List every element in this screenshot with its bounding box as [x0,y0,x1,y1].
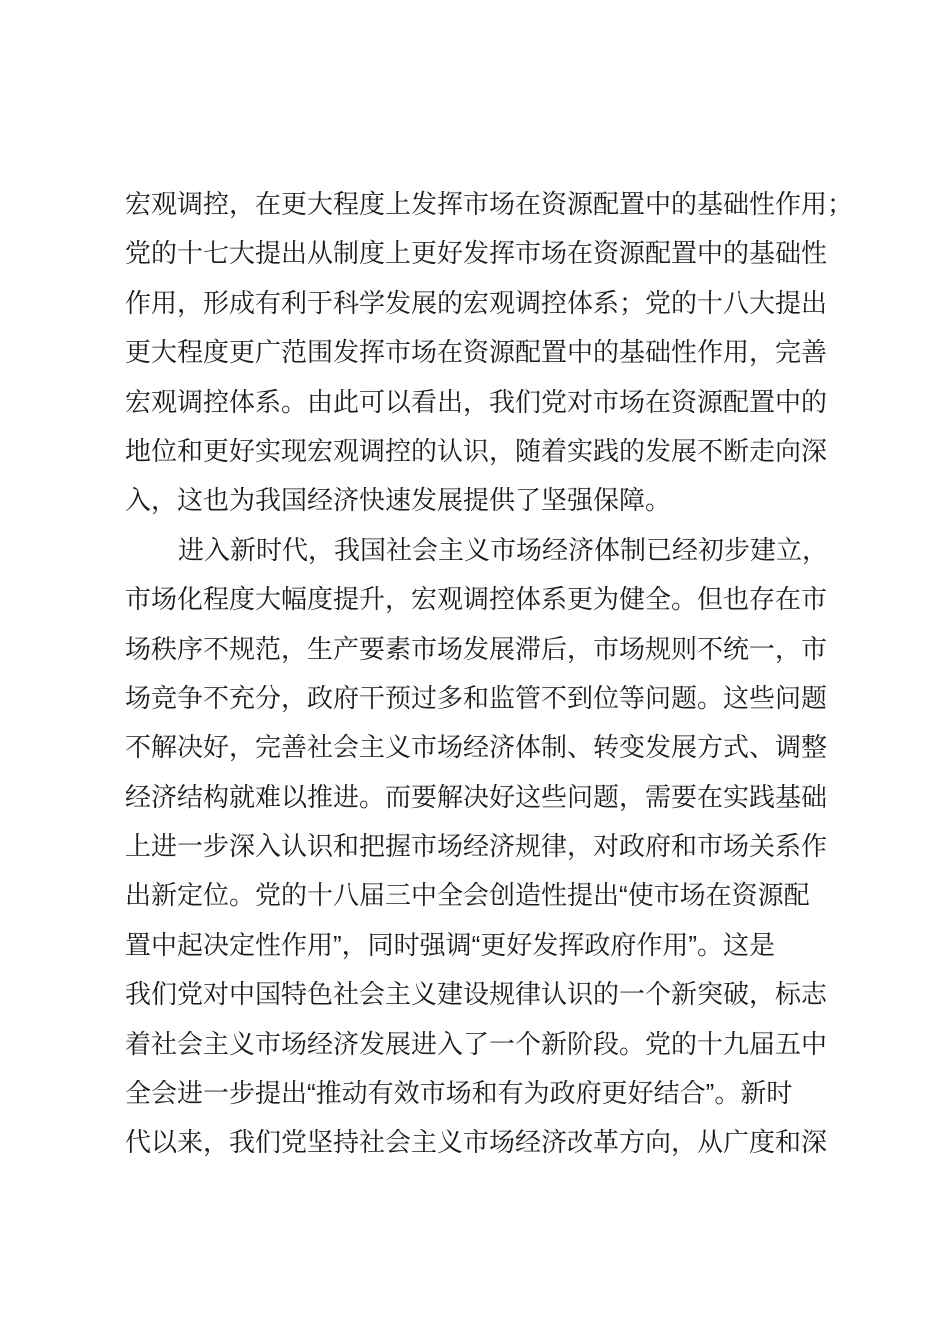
text-line: 地位和更好实现宏观调控的认识，随着实践的发展不断走向深 [125,427,831,476]
text-line: 代以来，我们党坚持社会主义市场经济改革方向，从广度和深 [125,1118,831,1167]
text-line: 市场化程度大幅度提升，宏观调控体系更为健全。但也存在市 [125,575,831,624]
text-line: 宏观调控体系。由此可以看出，我们党对市场在资源配置中的 [125,378,831,427]
text-line: 全会进一步提出“推动有效市场和有为政府更好结合”。新时 [125,1069,831,1118]
text-line: 我们党对中国特色社会主义建设规律认识的一个新突破，标志 [125,970,831,1019]
text-line: 经济结构就难以推进。而要解决好这些问题，需要在实践基础 [125,773,831,822]
text-line: 进入新时代，我国社会主义市场经济体制已经初步建立， [125,526,831,575]
text-line: 场竞争不充分，政府干预过多和监管不到位等问题。这些问题 [125,674,831,723]
document-page: 宏观调控，在更大程度上发挥市场在资源配置中的基础性作用；党的十七大提出从制度上更… [0,0,950,1344]
text-line: 党的十七大提出从制度上更好发挥市场在资源配置中的基础性 [125,229,831,278]
text-line: 出新定位。党的十八届三中全会创造性提出“使市场在资源配 [125,871,831,920]
text-line: 着社会主义市场经济发展进入了一个新阶段。党的十九届五中 [125,1020,831,1069]
text-line: 不解决好，完善社会主义市场经济体制、转变发展方式、调整 [125,723,831,772]
text-line: 作用，形成有利于科学发展的宏观调控体系；党的十八大提出 [125,279,831,328]
paragraph: 进入新时代，我国社会主义市场经济体制已经初步建立，市场化程度大幅度提升，宏观调控… [125,526,831,1168]
text-line: 入，这也为我国经济快速发展提供了坚强保障。 [125,476,831,525]
text-line: 场秩序不规范，生产要素市场发展滞后，市场规则不统一，市 [125,625,831,674]
document-text: 宏观调控，在更大程度上发挥市场在资源配置中的基础性作用；党的十七大提出从制度上更… [125,180,831,1168]
text-line: 上进一步深入认识和把握市场经济规律，对政府和市场关系作 [125,822,831,871]
paragraph: 宏观调控，在更大程度上发挥市场在资源配置中的基础性作用；党的十七大提出从制度上更… [125,180,831,526]
text-line: 更大程度更广范围发挥市场在资源配置中的基础性作用，完善 [125,328,831,377]
text-line: 宏观调控，在更大程度上发挥市场在资源配置中的基础性作用； [125,180,831,229]
text-line: 置中起决定性作用”，同时强调“更好发挥政府作用”。这是 [125,921,831,970]
